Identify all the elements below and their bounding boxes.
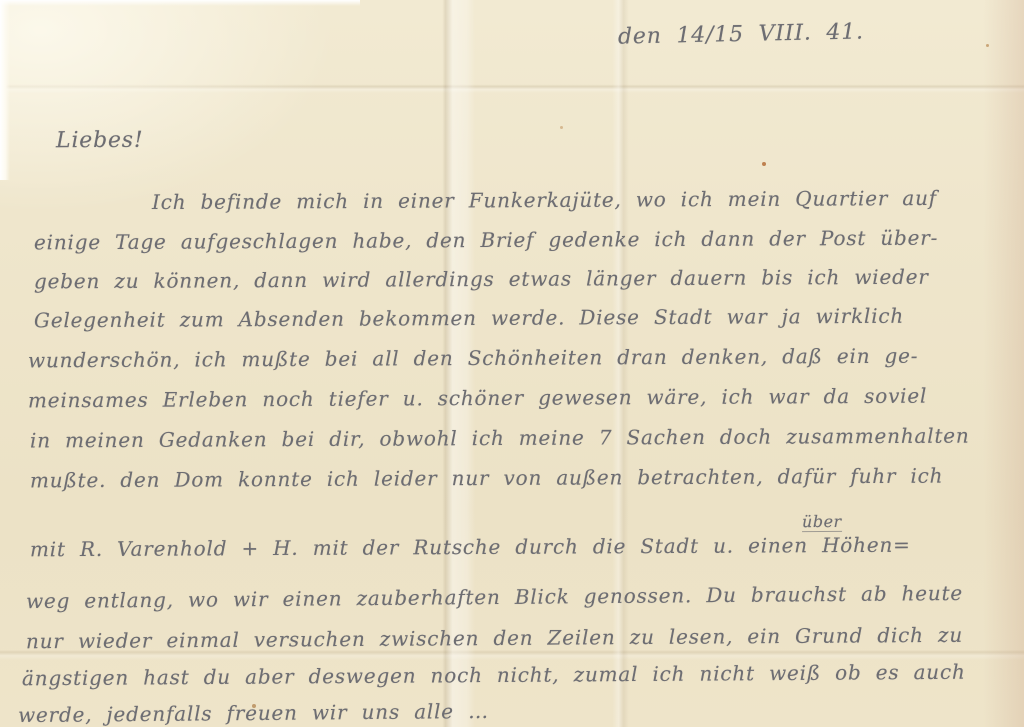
salutation: Liebes!	[56, 128, 144, 153]
scanner-edge-left	[0, 0, 10, 180]
letter-line: einige Tage aufgeschlagen habe, den Brie…	[34, 226, 938, 255]
letter-line: werde, jedenfalls freuen wir uns alle …	[18, 699, 489, 727]
letter-line: mußte. den Dom konnte ich leider nur von…	[30, 464, 943, 493]
scanned-letter-page: den 14/15 VIII. 41. Liebes! Ich befinde …	[0, 0, 1024, 727]
paper-speck	[986, 44, 989, 47]
interlinear-insertion: über	[802, 512, 842, 532]
letter-line: geben zu können, dann wird allerdings et…	[34, 265, 929, 294]
scanner-edge-top	[0, 0, 360, 6]
letter-line: Gelegenheit zum Absenden bekommen werde.…	[34, 304, 904, 333]
letter-line: Ich befinde mich in einer Funkerkajüte, …	[152, 186, 937, 214]
letter-line: mit R. Varenhold + H. mit der Rutsche du…	[30, 533, 911, 562]
paper-speck	[560, 126, 563, 129]
date-line: den 14/15 VIII. 41.	[618, 19, 864, 49]
paper-speck	[762, 162, 766, 166]
letter-line: in meinen Gedanken bei dir, obwohl ich m…	[30, 424, 970, 453]
letter-line: meinsames Erleben noch tiefer u. schöner…	[28, 384, 927, 413]
letter-line: wunderschön, ich mußte bei all den Schön…	[28, 344, 918, 373]
